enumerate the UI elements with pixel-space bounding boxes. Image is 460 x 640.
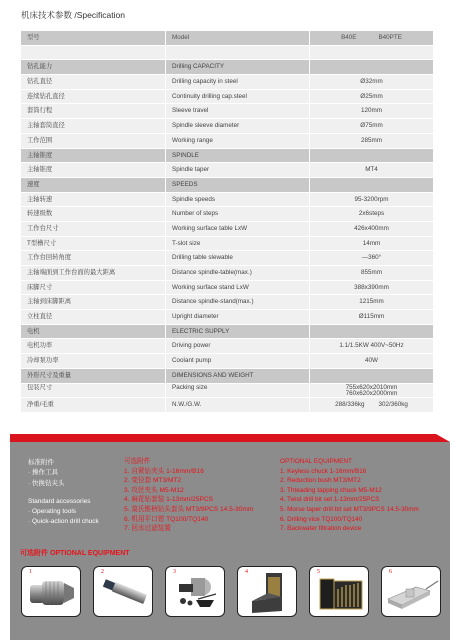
row-label-en: Coolant pump (166, 354, 310, 369)
row-value (310, 178, 433, 193)
row-label-cn: 主轴锥度 (21, 149, 166, 164)
table-section-row: 速度SPEEDS (21, 178, 433, 193)
thumb-number: 6 (389, 569, 392, 575)
row-label-en: Distance spindle-stand(max.) (166, 295, 310, 310)
row-label-cn: 外形尺寸及重量 (21, 369, 166, 384)
table-row: 主轴转速Spindle speeds95-3200rpm (21, 193, 433, 208)
table-row: 电机功率Driving power1.1/1.5KW 400V~50Hz (21, 339, 433, 354)
row-value: 40W (310, 354, 433, 369)
row-value-b: 760x620x2000mm (310, 391, 433, 398)
std-acc-cn-item: · 操作工具 (28, 468, 99, 478)
table-row: 工作台回转角度Drilling table slewable—360° (21, 251, 433, 266)
row-value: 285mm (310, 134, 433, 149)
row-label-cn: T型槽尺寸 (21, 237, 166, 252)
row-value: 755x620x2010mm760x620x2000mm (310, 384, 433, 399)
row-value: 388x390mm (310, 281, 433, 296)
row-label-en: Number of steps (166, 207, 310, 222)
table-row: 净重/毛重N.W./G.W.288/336kg302/360kg (21, 398, 433, 413)
row-label-en: Driving power (166, 339, 310, 354)
thumb-number: 3 (173, 569, 176, 575)
row-label-en: ELECTRIC SUPPLY (166, 325, 310, 340)
row-value: 1215mm (310, 295, 433, 310)
row-label-en (166, 46, 310, 61)
row-value (310, 149, 433, 164)
row-value: 95-3200rpm (310, 193, 433, 208)
table-header-row: 型号 Model B40EB40PTE (21, 31, 433, 46)
row-label-en: N.W./G.W. (166, 398, 310, 413)
row-label-en: Sleeve travel (166, 104, 310, 119)
table-row: 主轴到床脚距离Distance spindle-stand(max.)1215m… (21, 295, 433, 310)
model-b-label: B40PTE (378, 34, 401, 41)
row-label-cn: 主轴转速 (21, 193, 166, 208)
table-section-row: 主轴锥度SPINDLE (21, 149, 433, 164)
header-cn: 型号 (21, 31, 166, 46)
table-section-row: 钻孔能力Drilling CAPACITY (21, 60, 433, 75)
row-label-en: Upright diameter (166, 310, 310, 325)
table-section-row: 外形尺寸及重量DIMENSIONS AND WEIGHT (21, 369, 433, 384)
gallery-title: 可选附件 OPTIONAL EQUIPMENT (20, 548, 130, 558)
std-acc-en-title: Standard accessories (28, 497, 99, 507)
table-row: 冷却泵功率Coolant pump40W (21, 354, 433, 369)
row-value: 120mm (310, 104, 433, 119)
opt-cn-item: 7. 回水过滤装置 (124, 524, 253, 534)
table-section-row: 电机ELECTRIC SUPPLY (21, 325, 433, 340)
row-label-en: SPEEDS (166, 178, 310, 193)
row-value: Ø32mm (310, 75, 433, 90)
row-label-en: Working surface stand LxW (166, 281, 310, 296)
table-row: 套筒行程Sleeve travel120mm (21, 104, 433, 119)
row-label-en: Spindle taper (166, 163, 310, 178)
row-label-en: Continuity drilling cap.steel (166, 90, 310, 105)
opt-en-item: 5. Morse taper drill bit set MT3/9PCS 14… (280, 505, 419, 515)
optional-equipment-en: OPTIONAL EQUIPMENT 1. Keyless chuck 1-16… (280, 457, 419, 534)
row-label-cn: 连续钻孔直径 (21, 90, 166, 105)
page-title: 机床技术参数 /Specification (21, 9, 125, 21)
row-label-en: Spindle speeds (166, 193, 310, 208)
thumb-morse-drill-set: 5 (309, 566, 369, 617)
red-accent-band (10, 434, 450, 442)
table-row: T型槽尺寸T-slot size14mm (21, 237, 433, 252)
row-label-cn: 转速级数 (21, 207, 166, 222)
row-label-cn: 速度 (21, 178, 166, 193)
table-row: 包装尺寸Packing size755x620x2010mm760x620x20… (21, 384, 433, 399)
row-label-cn: 净重/毛重 (21, 398, 166, 413)
row-label-en: Drilling CAPACITY (166, 60, 310, 75)
table-row (21, 46, 433, 61)
opt-en-item: 2. Reduction bush MT3/MT2 (280, 476, 419, 486)
row-label-en: T-slot size (166, 237, 310, 252)
header-models: B40EB40PTE (310, 31, 433, 46)
opt-en-item: 7. Backwater filtration device (280, 524, 419, 534)
row-value: Ø75mm (310, 119, 433, 134)
row-label-cn: 冷却泵功率 (21, 354, 166, 369)
row-label-cn: 钻孔能力 (21, 60, 166, 75)
row-value: 1.1/1.5KW 400V~50Hz (310, 339, 433, 354)
row-label-cn: 工作台尺寸 (21, 222, 166, 237)
thumb-number: 2 (101, 569, 104, 575)
row-label-cn (21, 46, 166, 61)
row-value (310, 60, 433, 75)
row-value: Ø115mm (310, 310, 433, 325)
row-value (310, 46, 433, 61)
opt-cn-item: 3. 攻丝夹头 M5-M12 (124, 486, 253, 496)
row-label-en: Spindle sleeve diameter (166, 119, 310, 134)
opt-en-item: 4. Twist drill bit set 1-13mm/25PCS (280, 495, 419, 505)
row-value (310, 369, 433, 384)
spec-table: 型号 Model B40EB40PTE 钻孔能力Drilling CAPACIT… (21, 31, 433, 413)
row-value-b: 302/360kg (379, 398, 408, 413)
row-label-en: Drilling capacity in steel (166, 75, 310, 90)
row-label-cn: 包装尺寸 (21, 384, 166, 399)
thumb-number: 5 (317, 569, 320, 575)
red-band-corner (436, 434, 450, 442)
opt-en-item: 1. Keyless chuck 1-16mm/B16 (280, 467, 419, 477)
thumb-drilling-vice: 6 (381, 566, 441, 617)
row-value: 426x400mm (310, 222, 433, 237)
row-value: 2x6steps (310, 207, 433, 222)
table-row: 主轴锥度Spindle taperMT4 (21, 163, 433, 178)
row-label-en: Packing size (166, 384, 310, 399)
row-label-en: Drilling table slewable (166, 251, 310, 266)
row-label-en: Working range (166, 134, 310, 149)
opt-en-item: 6. Drilling vice TQ100/TQ140 (280, 515, 419, 525)
row-value: 288/336kg302/360kg (310, 398, 433, 413)
opt-cn-item: 6. 机用平口钳 TQ100/TQ140 (124, 515, 253, 525)
table-row: 转速级数Number of steps2x6steps (21, 207, 433, 222)
row-value: MT4 (310, 163, 433, 178)
opt-cn-item: 5. 莫氏锥柄钻头套头 MT3/9PCS 14.5-30mm (124, 505, 253, 515)
row-label-en: SPINDLE (166, 149, 310, 164)
thumb-reduction-bush: 2 (93, 566, 153, 617)
table-row: 主轴端面到工作台面的最大距离Distance spindle-table(max… (21, 266, 433, 281)
opt-cn-title: 可选附件 (124, 457, 253, 467)
std-acc-en-item: · Quick-action drill chuck (28, 517, 99, 527)
thumb-twist-drill-set: 4 (237, 566, 297, 617)
row-label-en: Distance spindle-table(max.) (166, 266, 310, 281)
row-value: —360° (310, 251, 433, 266)
row-label-cn: 主轴套筒直径 (21, 119, 166, 134)
row-label-cn: 工作台回转角度 (21, 251, 166, 266)
row-label-cn: 主轴端面到工作台面的最大距离 (21, 266, 166, 281)
model-a-label: B40E (341, 34, 356, 41)
row-value: Ø25mm (310, 90, 433, 105)
table-row: 钻孔直径Drilling capacity in steelØ32mm (21, 75, 433, 90)
table-row: 立柱直径Upright diameterØ115mm (21, 310, 433, 325)
row-label-cn: 床脚尺寸 (21, 281, 166, 296)
table-row: 床脚尺寸Working surface stand LxW388x390mm (21, 281, 433, 296)
row-label-cn: 套筒行程 (21, 104, 166, 119)
opt-en-title: OPTIONAL EQUIPMENT (280, 457, 419, 467)
thumb-number: 4 (245, 569, 248, 575)
row-value (310, 325, 433, 340)
thumb-tapping-chuck: 3 (165, 566, 225, 617)
row-value-a: 288/336kg (335, 398, 364, 413)
row-label-en: Working surface table LxW (166, 222, 310, 237)
row-value: 14mm (310, 237, 433, 252)
row-label-cn: 电机功率 (21, 339, 166, 354)
row-label-cn: 立柱直径 (21, 310, 166, 325)
row-label-en: DIMENSIONS AND WEIGHT (166, 369, 310, 384)
table-row: 主轴套筒直径Spindle sleeve diameterØ75mm (21, 119, 433, 134)
std-acc-cn-title: 标准附件 (28, 458, 99, 468)
table-row: 工作台尺寸Working surface table LxW426x400mm (21, 222, 433, 237)
row-label-cn: 工作范围 (21, 134, 166, 149)
table-row: 连续钻孔直径Continuity drilling cap.steelØ25mm (21, 90, 433, 105)
opt-cn-item: 1. 自紧钻夹头 1-16mm/B16 (124, 467, 253, 477)
opt-en-item: 3. Thteading tapping chuck M5-M12 (280, 486, 419, 496)
thumb-number: 1 (29, 569, 32, 575)
row-label-cn: 主轴锥度 (21, 163, 166, 178)
row-label-cn: 钻孔直径 (21, 75, 166, 90)
header-en: Model (166, 31, 310, 46)
table-row: 工作范围Working range285mm (21, 134, 433, 149)
optional-equipment-cn: 可选附件 1. 自紧钻夹头 1-16mm/B16 2. 变径套 MT3/MT2 … (124, 457, 253, 534)
std-acc-en-item: · Operating tools (28, 507, 99, 517)
thumb-keyless-chuck: 1 (21, 566, 81, 617)
standard-accessories: 标准附件 · 操作工具 · 快换钻夹头 Standard accessories… (28, 458, 99, 528)
opt-cn-item: 2. 变径套 MT3/MT2 (124, 476, 253, 486)
row-label-cn: 电机 (21, 325, 166, 340)
opt-cn-item: 4. 麻花钻套装 1-13mm/25PCS (124, 495, 253, 505)
row-value: 855mm (310, 266, 433, 281)
row-label-cn: 主轴到床脚距离 (21, 295, 166, 310)
std-acc-cn-item: · 快换钻夹头 (28, 479, 99, 489)
